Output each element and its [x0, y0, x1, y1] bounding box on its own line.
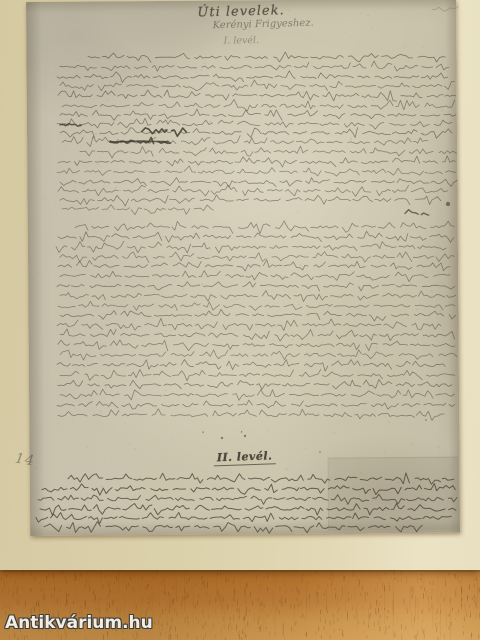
manuscript-photo: Úti levelek. Kerényi Frigyeshez. I. levé…	[26, 0, 460, 536]
manuscript-title: Úti levelek.	[26, 0, 456, 25]
section-separator-dots: · ·	[15, 426, 445, 440]
letter-2-heading-text: II. levél.	[214, 449, 276, 466]
margin-page-number: 14	[14, 451, 36, 470]
paper-stain-patch	[328, 457, 460, 531]
watermark-text: Antikvárium.hu	[5, 613, 153, 633]
manuscript-subtitle: Kerényi Frigyeshez.	[26, 14, 478, 36]
letter-1-heading: I. levél.	[26, 32, 456, 50]
page-background: Úti levelek. Kerényi Frigyeshez. I. levé…	[0, 0, 480, 640]
